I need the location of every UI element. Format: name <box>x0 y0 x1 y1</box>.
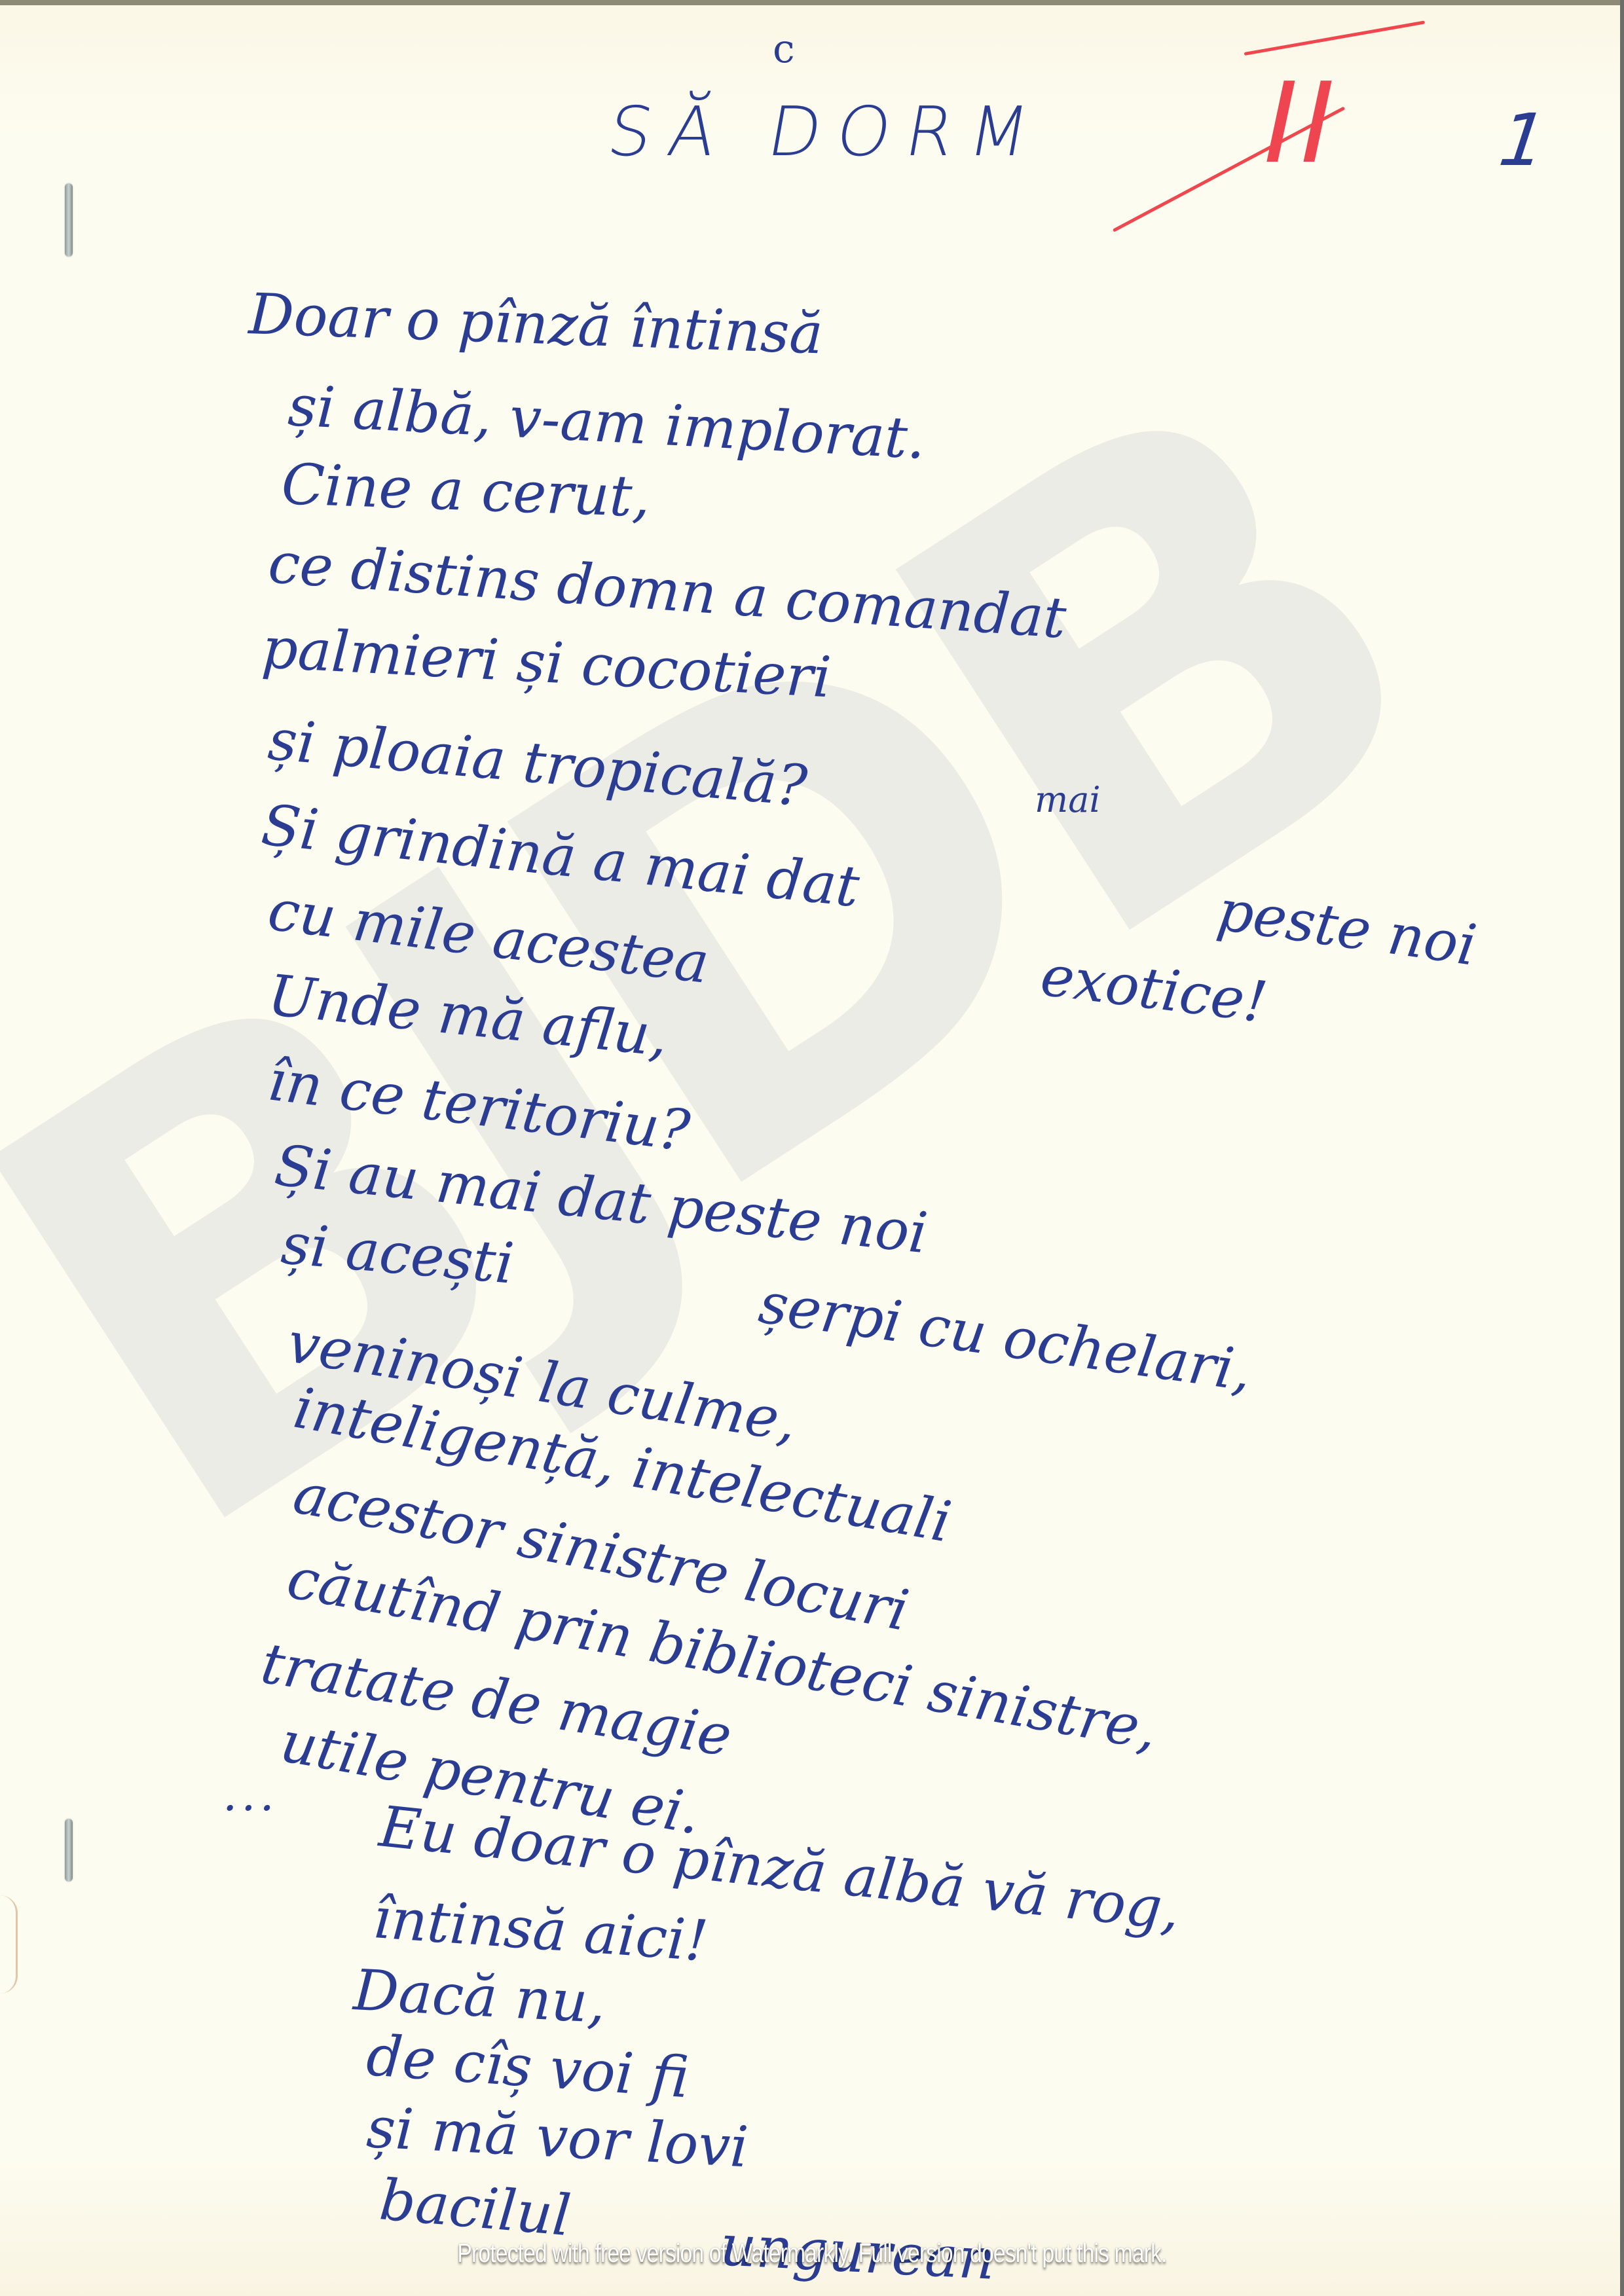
page-number: 1 <box>1486 98 1559 182</box>
poem-line: palmieri și cocotieri <box>260 615 832 710</box>
section-numeral: II <box>1250 59 1351 189</box>
page-top-edge <box>0 0 1624 5</box>
page-fold-mark <box>0 1895 18 1994</box>
manuscript-page: BJDB c SĂ DORM II 1 Doar o pînză întinsă… <box>0 0 1624 2296</box>
section-numeral-mark: II <box>1113 46 1428 242</box>
insertion-mai: mai <box>1035 779 1101 820</box>
red-stroke-top <box>1244 20 1426 56</box>
poem-line: bacilul <box>377 2167 574 2249</box>
poem-line: Cine a cerut, <box>280 452 651 530</box>
poem-line: și mă vor lovi <box>365 2095 750 2180</box>
insertion-exotice: exotice! <box>1037 943 1270 1036</box>
staple-top-icon <box>65 183 73 257</box>
poem-title: SĂ DORM <box>602 92 1051 172</box>
watermarkly-notice: Protected with free version of Watermark… <box>447 2238 1177 2269</box>
staple-bottom-icon <box>65 1819 73 1882</box>
ellipsis-mark: ... <box>223 1768 278 1821</box>
insertion-serpi: șerpi cu ochelari, <box>755 1270 1255 1404</box>
poem-line: și acești <box>279 1211 517 1297</box>
title-correction-mark: c <box>773 26 795 72</box>
insertion-peste-noi: peste noi <box>1213 877 1481 978</box>
poem-line: Doar o pînză întinsă <box>248 282 824 367</box>
page-right-edge <box>1620 0 1624 2296</box>
